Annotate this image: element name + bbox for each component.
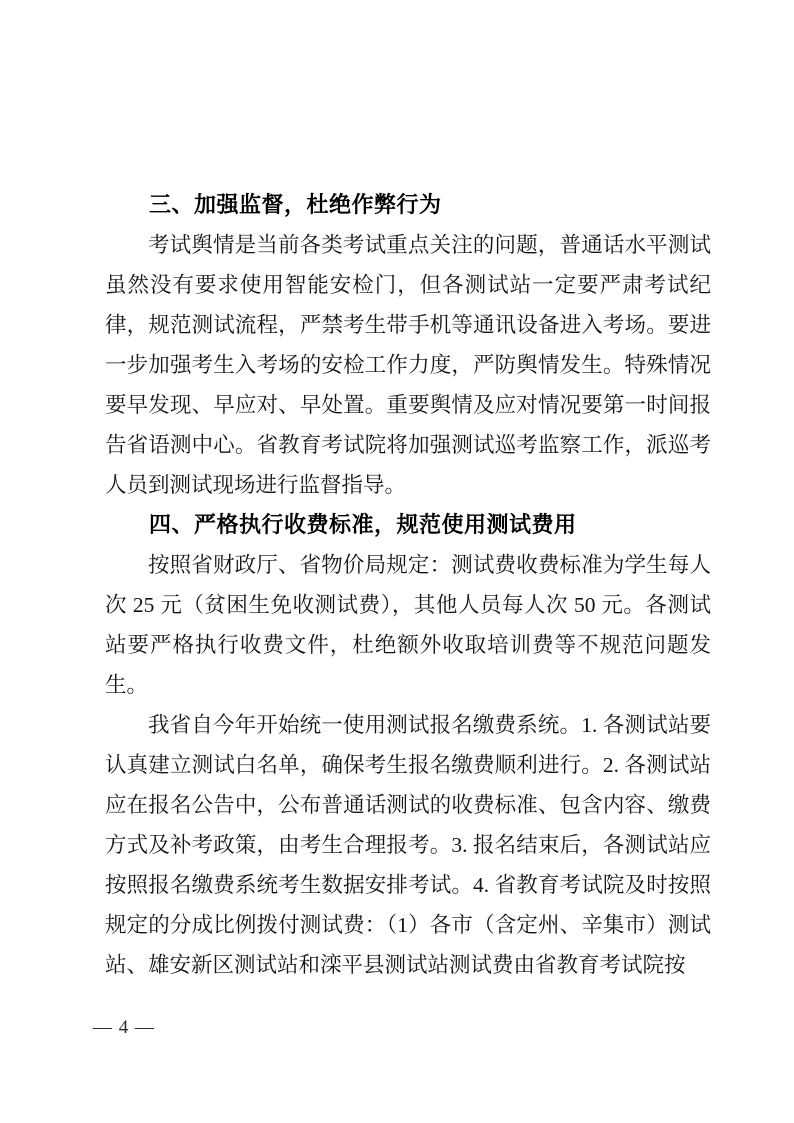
- section-4-paragraph-2: 我省自今年开始统一使用测试报名缴费系统。1. 各测试站要认真建立测试白名单，确保…: [105, 705, 711, 985]
- section-3-paragraph-1: 考试舆情是当前各类考试重点关注的问题，普通话水平测试虽然没有要求使用智能安检门，…: [105, 225, 711, 505]
- document-body: 三、加强监督，杜绝作弊行为 考试舆情是当前各类考试重点关注的问题，普通话水平测试…: [105, 185, 711, 985]
- section-4-paragraph-1: 按照省财政厅、省物价局规定：测试费收费标准为学生每人次 25 元（贫困生免收测试…: [105, 545, 711, 705]
- section-heading-3: 三、加强监督，杜绝作弊行为: [105, 185, 711, 225]
- document-page: 三、加强监督，杜绝作弊行为 考试舆情是当前各类考试重点关注的问题，普通话水平测试…: [0, 0, 794, 1123]
- section-heading-4: 四、严格执行收费标准，规范使用测试费用: [105, 505, 711, 545]
- page-number: — 4 —: [93, 1014, 155, 1042]
